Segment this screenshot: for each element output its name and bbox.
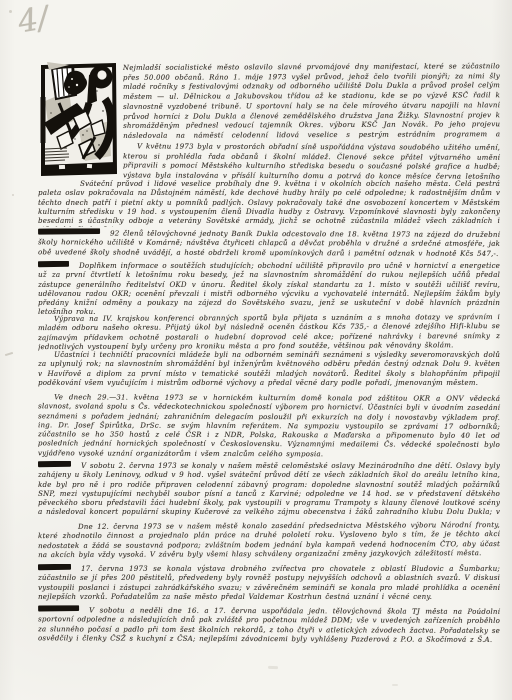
handwritten-paragraph-conference: Výprava na IV. krajskou konferenci obran… — [38, 313, 500, 352]
redaction-mark — [38, 564, 71, 570]
handwritten-paragraph-mayday: Nejmladší socialistické město oslavilo s… — [123, 62, 500, 142]
scan-artifact-mark — [5, 352, 13, 356]
linocut-illustration-drawing — [39, 61, 119, 178]
handwritten-paragraph-apprentices: Doplňkem informace o soutěžích studující… — [38, 261, 500, 317]
handwritten-paragraph-exhibition: V květnu 1973 byla v prostorách obřadní … — [123, 142, 500, 182]
scan-artifact-smudge — [392, 684, 398, 686]
paragraph-text: V sobotu 2. června 1973 se konaly v naše… — [38, 462, 500, 517]
redaction-mark — [38, 228, 100, 234]
handwritten-paragraph-front-meeting: Dne 12. června 1973 se v našem městě kon… — [38, 521, 500, 561]
scan-artifact-dot — [9, 10, 12, 13]
handwritten-paragraph-childrens-day: V sobotu 2. června 1973 se konaly v naše… — [38, 461, 500, 517]
handwritten-paragraph-breeders-show: 17. června 1973 se konala výstava drobné… — [38, 564, 500, 602]
paragraph-text: 92 členů tělovýchovné jednoty Baník Dukl… — [38, 229, 500, 257]
scan-artifact-dot — [12, 194, 14, 196]
redaction-mark — [38, 261, 69, 267]
page-number-pencil: 4/ — [15, 0, 51, 40]
linocut-illustration — [39, 61, 119, 178]
paragraph-text: V sobotu a neděli dne 16. a 17. června u… — [38, 606, 500, 643]
paragraph-text: Doplňkem informace o soutěžích studující… — [38, 262, 500, 316]
redaction-mark — [38, 605, 79, 611]
chronicle-scan-page: 4/ — [0, 0, 512, 700]
scan-artifact-smudge — [268, 666, 278, 670]
redaction-mark — [38, 461, 71, 467]
handwritten-paragraph-trip: 92 členů tělovýchovné jednoty Baník Dukl… — [38, 228, 500, 259]
handwritten-paragraph-seminar: Účastníci i techničtí pracovníci mládeže… — [38, 351, 500, 388]
handwritten-paragraph-celebrations: Sváteční průvod i lidové veselice probíh… — [38, 180, 500, 227]
handwritten-paragraph-symposium: Ve dnech 29.—31. května 1973 se v hornic… — [38, 393, 500, 460]
handwritten-paragraph-sports-weekend: V sobotu a neděli dne 16. a 17. června u… — [38, 605, 500, 654]
paragraph-text: 17. června 1973 se konala výstava drobné… — [38, 565, 500, 601]
